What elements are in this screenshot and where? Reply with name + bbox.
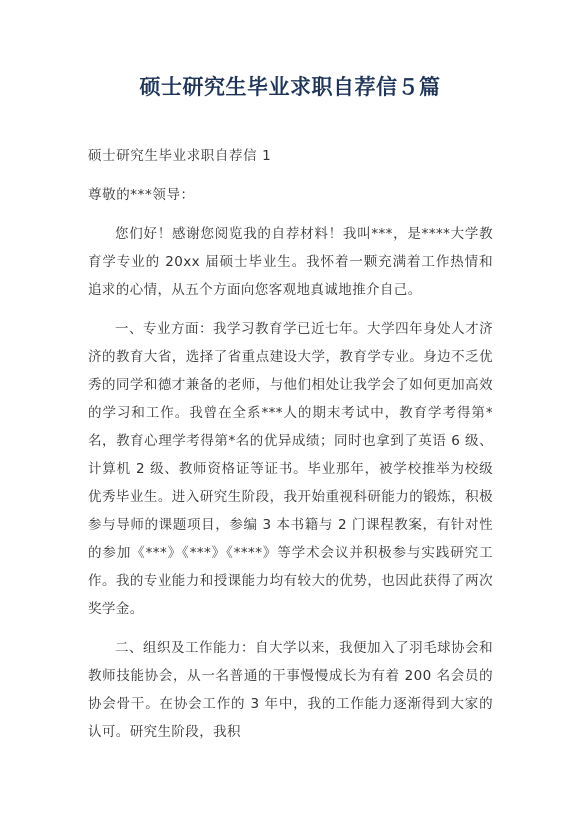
paragraph-professional: 一、专业方面：我学习教育学已近七年。大学四年身处人才济济的教育大省，选择了省重点… — [88, 315, 493, 623]
paragraph-organization: 二、组织及工作能力：自大学以来，我便加入了羽毛球协会和教师技能协会，从一名普通的… — [88, 634, 493, 746]
section-heading: 硕士研究生毕业求职自荐信 1 — [88, 142, 493, 170]
salutation: 尊敬的***领导： — [88, 181, 493, 209]
paragraph-intro: 您们好！感谢您阅览我的自荐材料！我叫***，是****大学教育学专业的 20xx… — [88, 220, 493, 304]
document-page: 硕士研究生毕业求职自荐信５篇 硕士研究生毕业求职自荐信 1 尊敬的***领导： … — [0, 0, 580, 820]
document-body: 硕士研究生毕业求职自荐信 1 尊敬的***领导： 您们好！感谢您阅览我的自荐材料… — [88, 142, 493, 757]
document-title: 硕士研究生毕业求职自荐信５篇 — [0, 72, 580, 102]
